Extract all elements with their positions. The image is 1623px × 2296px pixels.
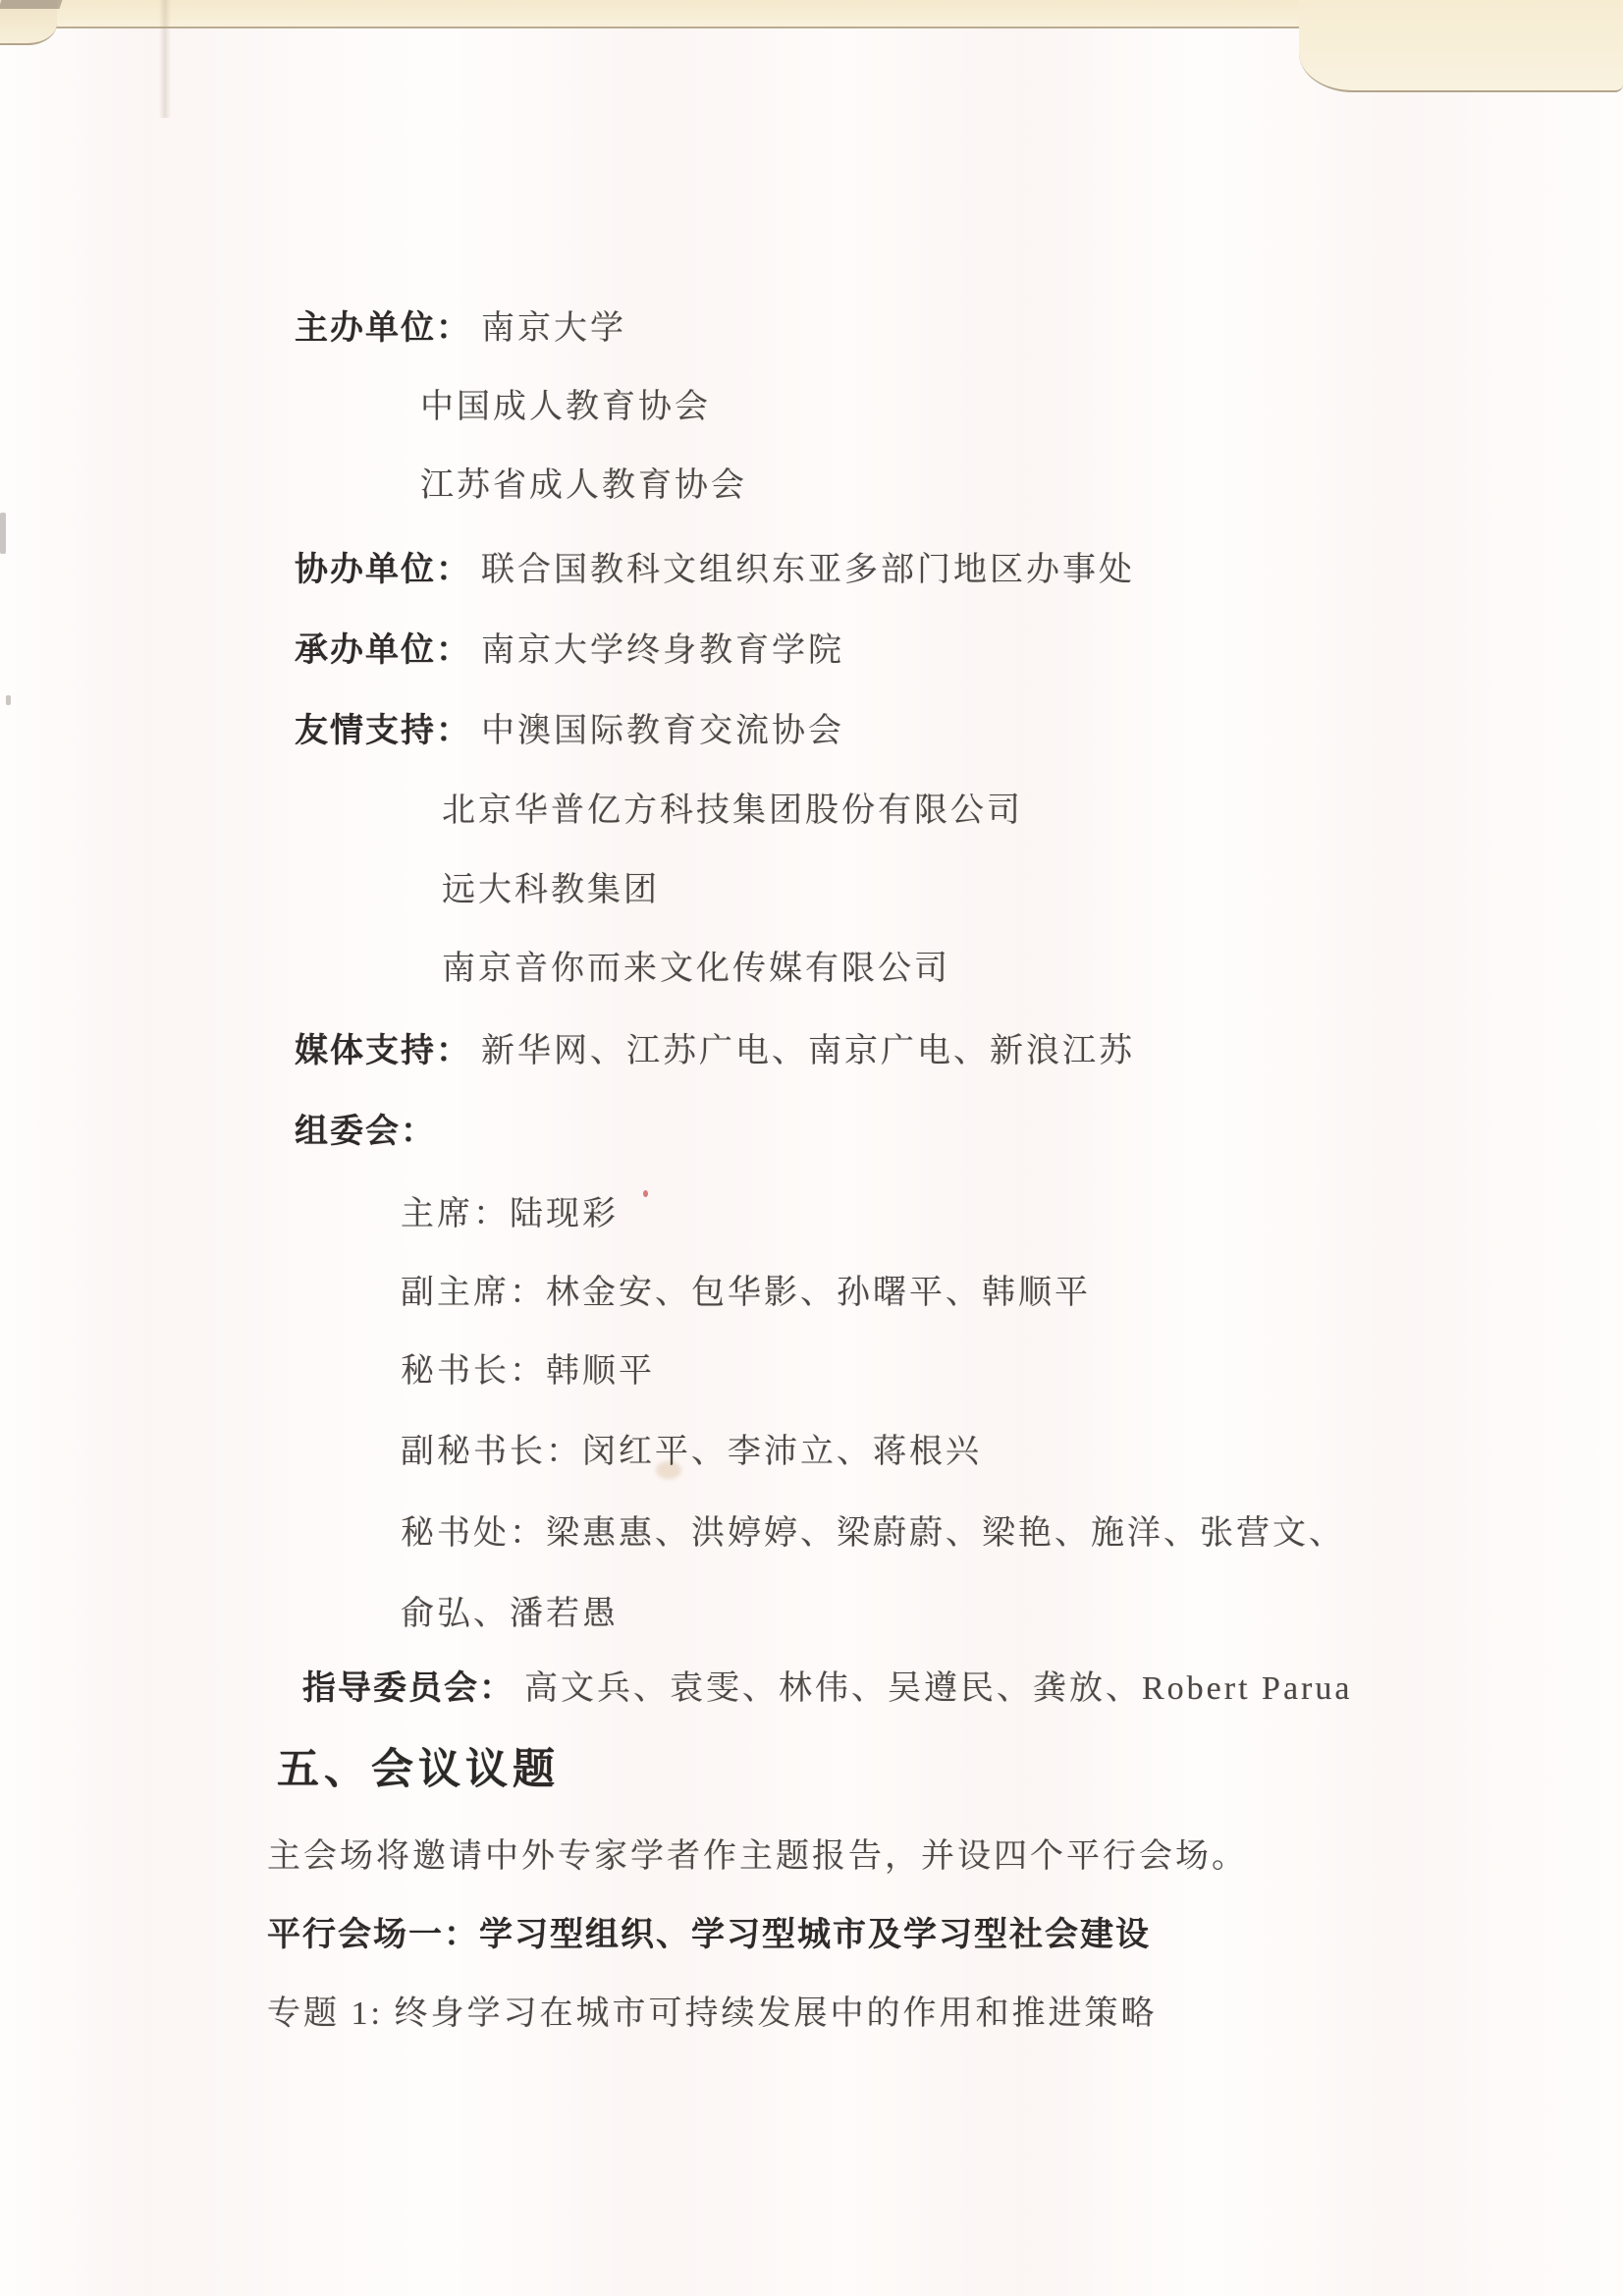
scanned-document-page: 主办单位：南京大学 中国成人教育协会 江苏省成人教育协会 协办单位：联合国教科文… — [0, 0, 1623, 2296]
line-label: 媒体支持： — [295, 1033, 471, 1069]
line-label: 承办单位： — [295, 632, 471, 669]
line-text: 主会场将邀请中外专家学者作主题报告，并设四个平行会场。 — [267, 1838, 1248, 1875]
document-line: 南京音你而来文化传媒有限公司 — [442, 947, 950, 992]
line-text: 中澳国际教育交流协会 — [481, 713, 844, 749]
line-text: 南京音你而来文化传媒有限公司 — [442, 951, 950, 987]
line-text: 秘书长：韩顺平 — [401, 1353, 655, 1390]
red-ink-speck — [643, 1190, 648, 1197]
document-line: 专题 1: 终身学习在城市可持续发展中的作用和推进策略 — [267, 1992, 1157, 2037]
line-text: 俞弘、潘若愚 — [401, 1596, 619, 1632]
line-text: 北京华普亿方科技集团股份有限公司 — [442, 793, 1023, 829]
document-line: 秘书长：韩顺平 — [401, 1349, 655, 1394]
line-text: 主席：陆现彩 — [401, 1196, 619, 1232]
line-label: 组委会： — [295, 1114, 436, 1150]
line-label: 主办单位： — [295, 310, 471, 347]
edge-mark — [0, 513, 6, 554]
document-line: 主办单位：南京大学 — [295, 306, 626, 352]
document-line: 秘书处：梁惠惠、洪婷婷、梁蔚蔚、梁艳、施洋、张营文、 — [401, 1511, 1345, 1557]
edge-mark — [6, 695, 11, 705]
document-line: 指导委员会：高文兵、袁雯、林伟、吴遵民、龚放、Robert Parua — [302, 1667, 1352, 1712]
paper-crease — [159, 0, 171, 118]
document-line: 俞弘、潘若愚 — [401, 1592, 619, 1637]
document-line: 友情支持：中澳国际教育交流协会 — [295, 709, 844, 754]
line-text: 新华网、江苏广电、南京广电、新浪江苏 — [481, 1033, 1135, 1069]
line-label: 协办单位： — [295, 552, 471, 588]
document-line: 协办单位：联合国教科文组织东亚多部门地区办事处 — [295, 548, 1135, 593]
document-line: 平行会场一：学习型组织、学习型城市及学习型社会建设 — [267, 1913, 1151, 1958]
document-line: 媒体支持：新华网、江苏广电、南京广电、新浪江苏 — [295, 1029, 1135, 1074]
heading-text: 五、会议议题 — [277, 1747, 560, 1793]
line-text: 中国成人教育协会 — [420, 389, 711, 425]
line-label: 平行会场一：学习型组织、学习型城市及学习型社会建设 — [267, 1917, 1151, 1953]
scan-top-band-right — [1299, 0, 1623, 92]
line-text: 江苏省成人教育协会 — [420, 467, 747, 504]
line-text: 高文兵、袁雯、林伟、吴遵民、龚放、Robert Parua — [524, 1670, 1352, 1707]
line-text: 联合国教科文组织东亚多部门地区办事处 — [481, 552, 1135, 588]
document-line: 副主席：林金安、包华影、孙曙平、韩顺平 — [401, 1271, 1091, 1316]
line-text: 副主席：林金安、包华影、孙曙平、韩顺平 — [401, 1275, 1091, 1311]
document-line: 承办单位：南京大学终身教育学院 — [295, 629, 844, 674]
line-text: 南京大学 — [481, 310, 626, 347]
line-label: 友情支持： — [295, 713, 471, 749]
line-label: 指导委员会： — [302, 1670, 514, 1707]
document-line: 北京华普亿方科技集团股份有限公司 — [442, 789, 1023, 834]
document-line: 主会场将邀请中外专家学者作主题报告，并设四个平行会场。 — [267, 1834, 1248, 1880]
document-line: 组委会： — [295, 1110, 446, 1155]
section-heading: 五、会议议题 — [277, 1748, 560, 1793]
document-line: 远大科教集团 — [442, 868, 660, 913]
line-text: 远大科教集团 — [442, 872, 660, 908]
scan-corner-shadow — [0, 0, 62, 9]
line-text: 副秘书长：闵红平、李沛立、蒋根兴 — [401, 1434, 982, 1470]
document-line: 主席：陆现彩 — [401, 1192, 619, 1237]
line-text: 专题 1: 终身学习在城市可持续发展中的作用和推进策略 — [267, 1995, 1157, 2032]
line-text: 南京大学终身教育学院 — [481, 632, 844, 669]
line-text: 秘书处：梁惠惠、洪婷婷、梁蔚蔚、梁艳、施洋、张营文、 — [401, 1515, 1345, 1552]
document-line: 副秘书长：闵红平、李沛立、蒋根兴 — [401, 1430, 982, 1475]
document-line: 江苏省成人教育协会 — [420, 464, 747, 509]
document-line: 中国成人教育协会 — [420, 385, 711, 430]
